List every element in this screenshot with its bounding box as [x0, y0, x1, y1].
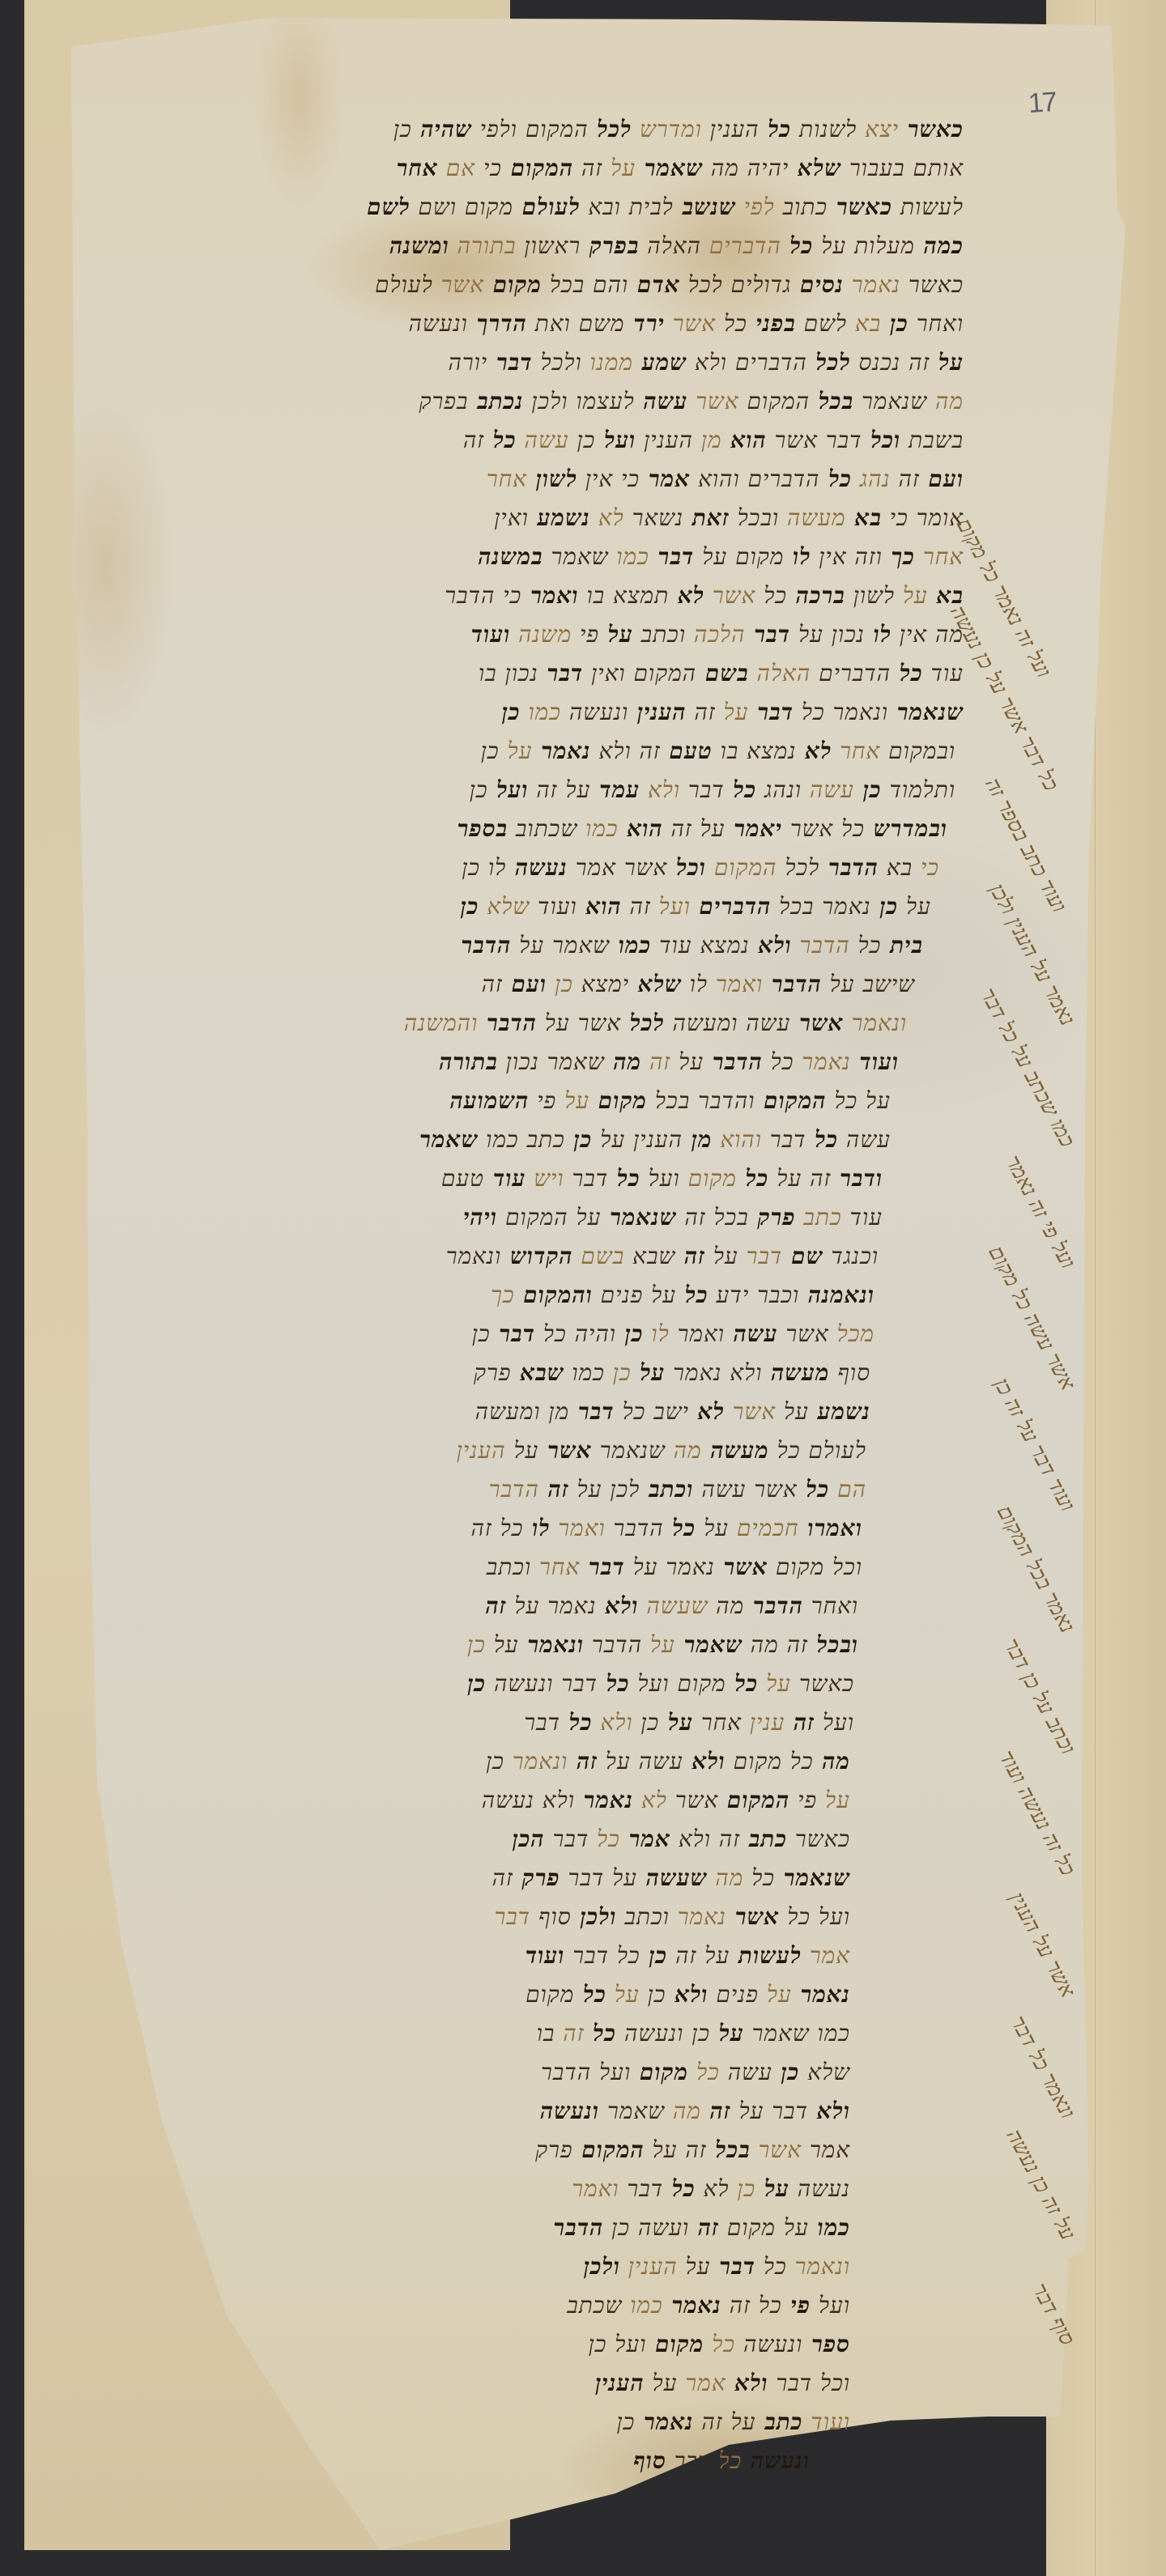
text-line: וכנגד שם דבר על זה שבא בשם הקדוש ונאמר — [109, 1240, 879, 1273]
text-line: על פי המקום אשר לא נאמר ולא נעשה — [170, 1784, 850, 1817]
text-line: ועל פי כל זה נאמר כמו שכתב — [397, 2289, 850, 2322]
text-line: נעשה על כן לא כל דבר ואמר — [348, 2173, 850, 2205]
text-line: כאשר על כל מקום ועל כל דבר ונעשה כן — [150, 1668, 854, 1700]
text-line: בשבת וכל דבר אשר הוא מן הענין ועל כן עשה… — [89, 424, 964, 457]
text-line: שלא כן עשה כל מקום ועל הדבר — [300, 2056, 850, 2089]
text-line: על זה נכנס לכל הדברים ולא שמע ממנו ולכל … — [89, 346, 964, 379]
text-line: ואמרו חכמים על כל הדבר ואמר לו כל זה — [126, 1512, 862, 1545]
text-line: ובמקום אחר לא נמצא בו טעם זה ולא נאמר על… — [89, 735, 955, 767]
text-line: ועם זה נהג כל הדברים והוא אמר כי אין לשו… — [89, 463, 964, 495]
text-line: אמר אשר בכל זה על המקום פרק — [332, 2134, 850, 2166]
text-line: לעשות כאשר כתוב לפי שנשב לבית ובא לעולם … — [89, 191, 964, 223]
text-line: אותם בעבור שלא יהיה מה שאמר על זה המקום … — [89, 152, 964, 185]
text-line: כמו שאמר על כן ונעשה כל זה בו — [283, 2017, 850, 2050]
text-line: הם כל אשר עשה וכתב לכן על זה הדבר — [121, 1473, 866, 1506]
text-line: עוד כתב פרק בכל זה שנאמר על המקום ויהי — [105, 1201, 883, 1234]
text-line: שישב על הדבר ואמר לו שלא ימצא כן ועם זה — [97, 968, 915, 1001]
text-line: ואחר הדבר מה שעשה ולא נאמר על זה — [138, 1590, 858, 1622]
text-line: אחר כך וזה אין לו מקום על דבר כמו שאמר ב… — [89, 541, 964, 573]
text-line: על כן נאמר בכל הדברים ועל זה הוא ועוד של… — [97, 891, 931, 923]
text-line: עשה כל דבר והוא מן הענין על כן כתב כמו ש… — [97, 1124, 891, 1156]
text-line: מה אין לו נכון על דבר הלכה וכתב על פי מש… — [89, 618, 964, 651]
text-line: ודבר זה על כל מקום ועל כל דבר ויש עוד טע… — [97, 1163, 883, 1195]
text-line: ספר ונעשה כל מקום ועל כן — [429, 2328, 850, 2361]
text-line: על כל המקום והדבר בכל מקום על פי השמועה — [97, 1085, 891, 1117]
text-line: נשמע על אשר לא ישב כל דבר מן ומעשה — [117, 1396, 870, 1428]
text-line: ועוד כתב על זה נאמר כן — [494, 2406, 850, 2438]
text-line: ונעשה כל דבר סוף — [518, 2445, 810, 2477]
text-line: ונאמר כל דבר על הענין ולכן — [381, 2251, 850, 2283]
text-line: כמה מעלות על כל הדברים האלה בפרק ראשון ב… — [89, 230, 964, 262]
text-line: ונאמנה וכבר ידע כל על פנים והמקום כך — [113, 1279, 874, 1311]
text-line: כמו על מקום זה ועשה כן הדבר — [364, 2212, 850, 2244]
text-line: ובמדרש כל אשר יאמר על זה הוא כמו שכתוב ב… — [105, 813, 947, 845]
text-line: ותלמוד כן עשה ונהג כל דבר ולא עמד על זה … — [97, 774, 955, 806]
text-line: ואחר כן בא לשם בפני כל אשר ירד משם ואת ה… — [89, 308, 964, 340]
text-line: שנאמר כל מה שעשה על דבר פרק זה — [219, 1862, 850, 1894]
text-line: כי בא הדבר לכל המקום וכל אשר אמר נעשה לו… — [97, 852, 939, 884]
text-line: ועל זה ענין אחר על כן ולא כל דבר — [158, 1707, 854, 1739]
text-line: ועל כל אשר נאמר וכתב ולכן סוף דבר — [235, 1901, 850, 1933]
text-line: ועוד נאמר כל הדבר על זה מה שאמר נכון בתו… — [97, 1046, 899, 1078]
text-line: וכל דבר ולא אמר על הענין — [462, 2367, 850, 2400]
text-line: ובכל זה מה שאמר על הדבר ונאמר על כן — [146, 1629, 858, 1661]
text-line: ונאמר אשר עשה ומעשה לכל אשר על הדבר והמש… — [97, 1007, 907, 1039]
text-line: אומר כי בא מעשה ובכל זאת נשאר לא נשמע וא… — [89, 502, 964, 534]
text-line: כאשר כתב זה ולא אמר כל דבר הכן — [202, 1823, 850, 1855]
text-line: שנאמר ונאמר כל דבר על זה הענין ונעשה כמו… — [89, 696, 964, 729]
text-line: בא על לשון ברכה כל אשר לא תמצא בו ואמר כ… — [89, 580, 964, 612]
text-line: וכל מקום אשר נאמר על דבר אחר וכתב — [134, 1551, 862, 1583]
text-line: מה כל מקום ולא עשה על זה ונאמר כן — [162, 1745, 850, 1778]
main-text-block: כאשר יצא לשנות כל הענין ומדרש לכל המקום … — [0, 0, 1166, 2576]
text-line: לעולם כל מעשה מה שנאמר אשר על הענין — [121, 1435, 866, 1467]
text-line: עוד כל הדברים האלה בשם המקום ואין דבר נכ… — [89, 657, 964, 690]
text-line: ולא דבר על זה מה שאמר ונעשה — [316, 2095, 850, 2128]
text-line: בית כל הדבר ולא נמצא עוד כמו שאמר על הדב… — [97, 929, 923, 962]
text-line: כאשר יצא לשנות כל הענין ומדרש לכל המקום … — [89, 113, 964, 146]
text-line: מכל אשר עשה ואמר לו כן והיה כל דבר כן — [113, 1318, 874, 1350]
text-line: נאמר על פנים ולא כן על כל מקום — [267, 1979, 850, 2011]
text-line: מה שנאמר בכל המקום אשר עשה לעצמו ולכן נכ… — [89, 385, 964, 418]
text-line: אמר לעשות על זה כן כל דבר ועוד — [251, 1940, 850, 1972]
text-line: סוף מעשה ולא נאמר על כן כמו שבא פרק — [117, 1357, 870, 1389]
text-line: כאשר נאמר נסים גדולים לכל אדם והם בכל מק… — [89, 269, 964, 301]
